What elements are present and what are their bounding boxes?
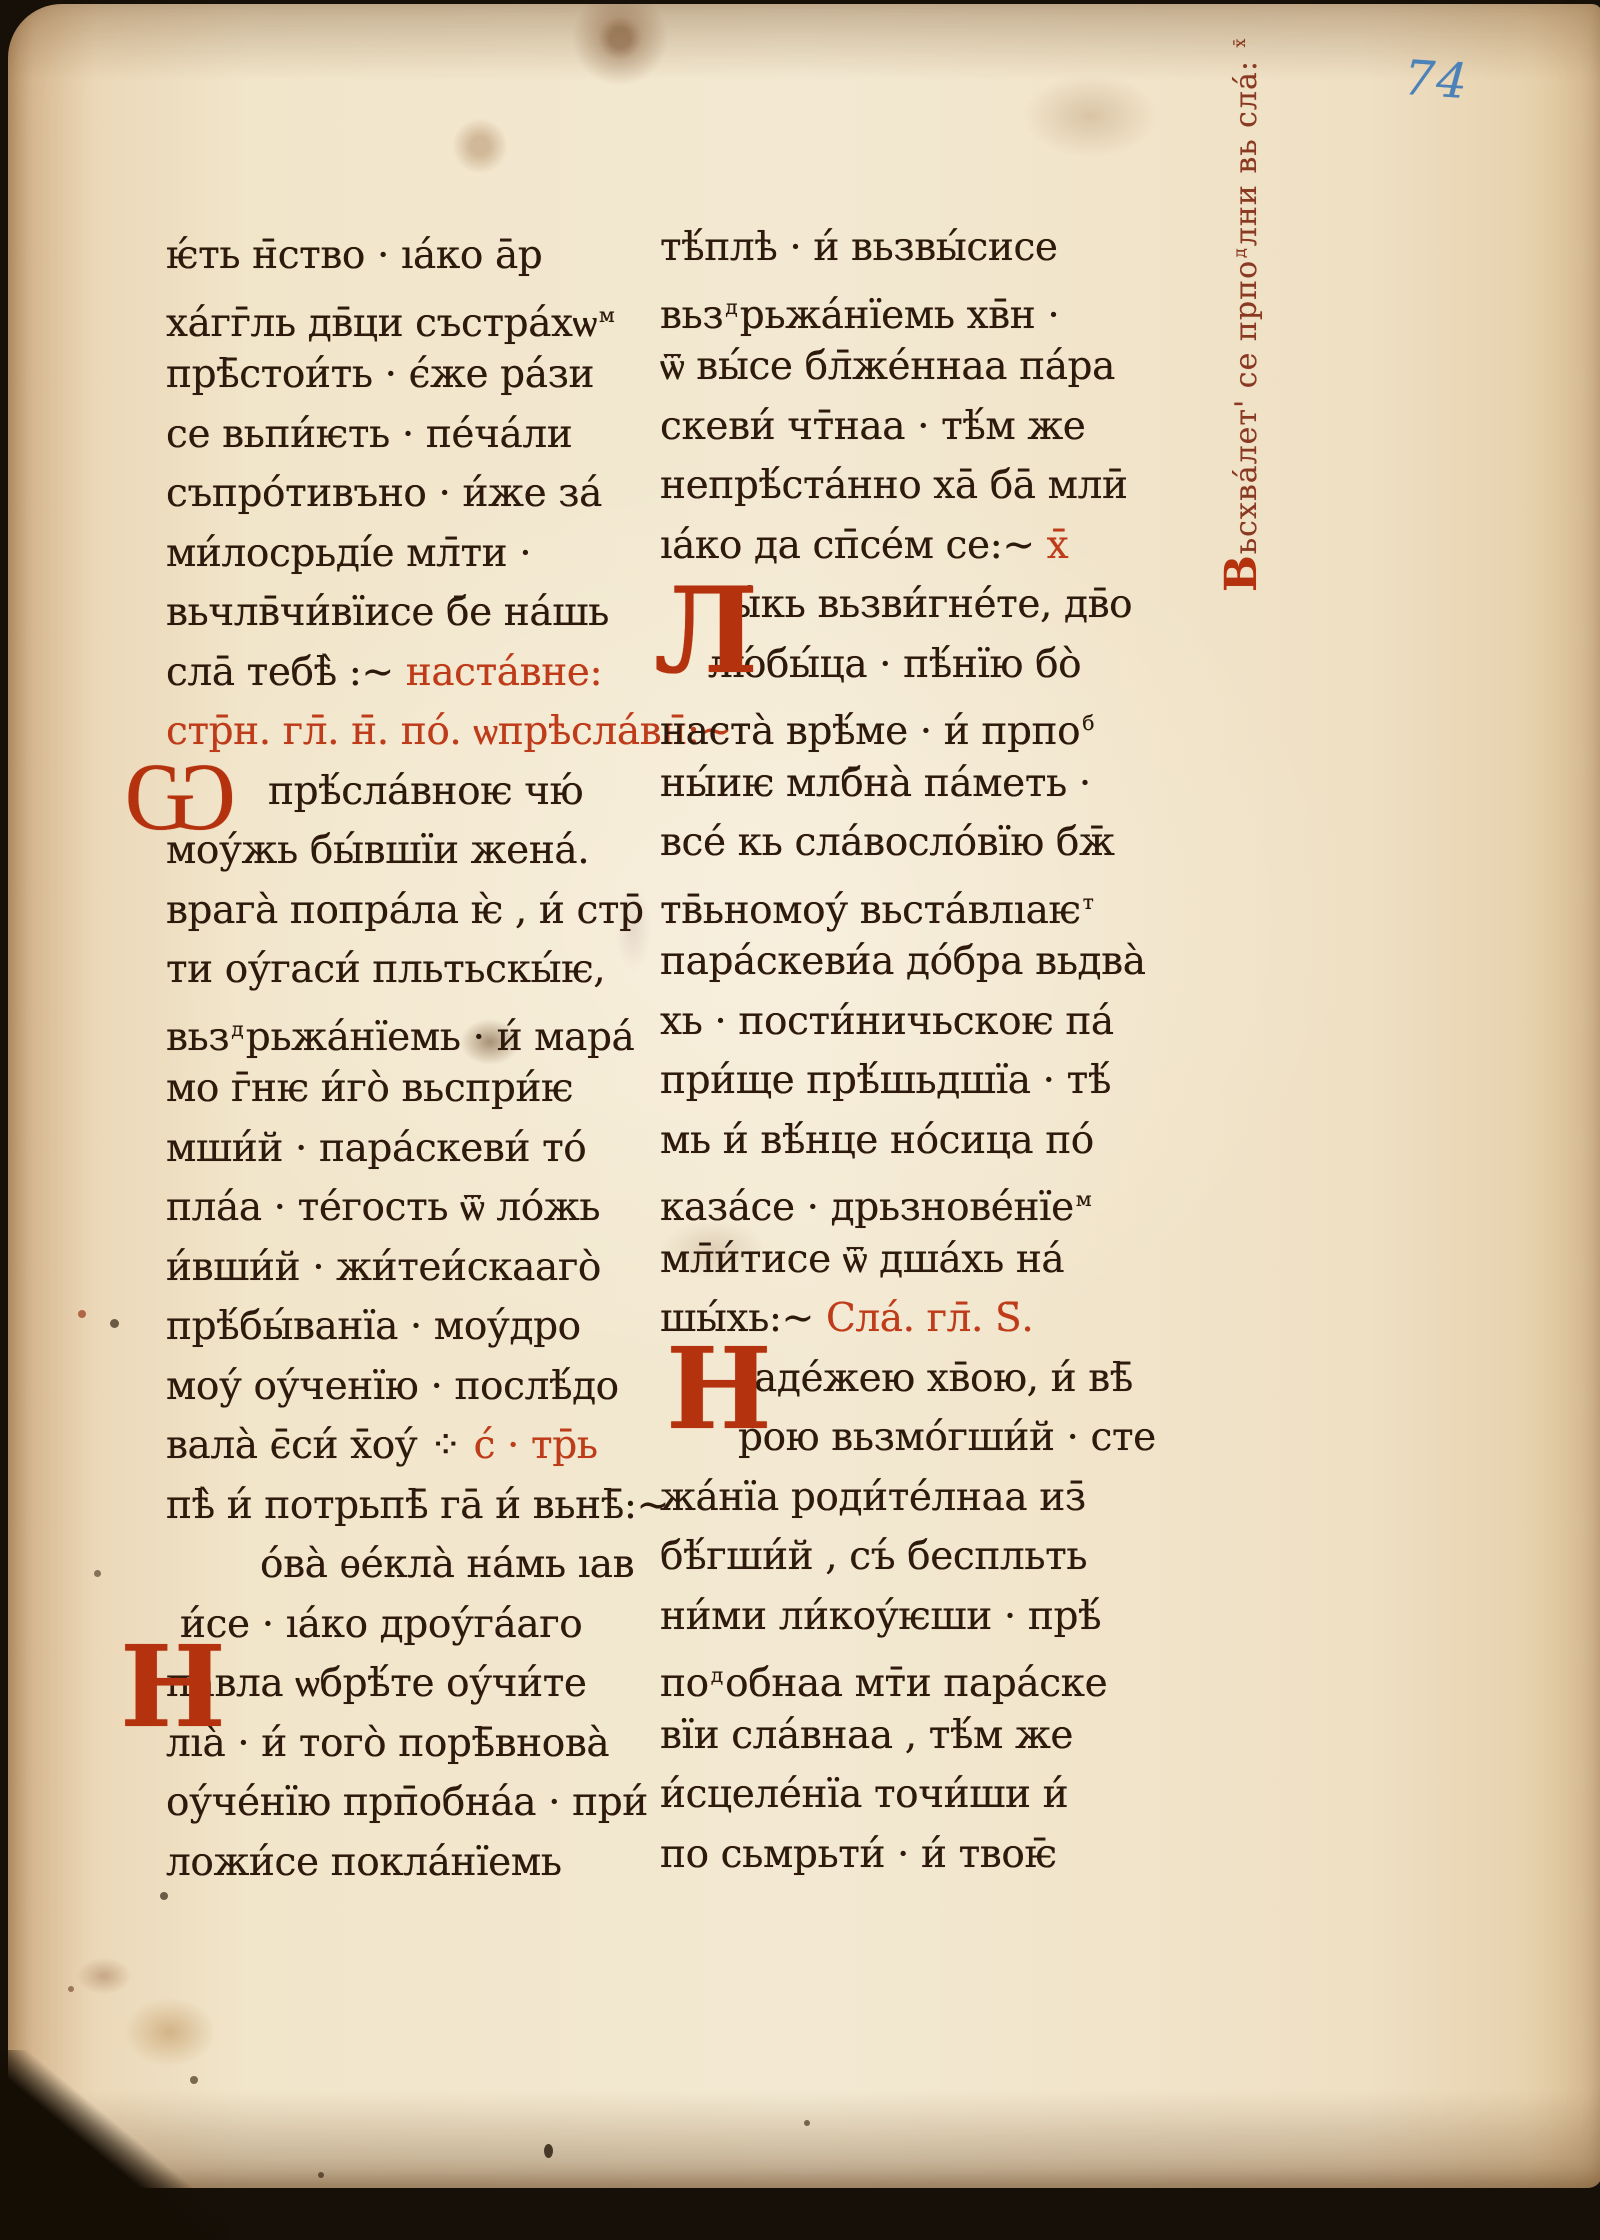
- manuscript-line: ми́лосрьді́е мл̄ти ·: [166, 524, 644, 584]
- manuscript-line: пла́а · те́гость ѿ ло́жь: [166, 1178, 644, 1238]
- manuscript-text: каза́се · дрьзнове́нїе: [660, 1185, 1074, 1230]
- manuscript-line: ложи́се покла́нїемь: [166, 1833, 644, 1893]
- manuscript-text: лни вь сла́:: [1229, 50, 1264, 247]
- rubric-text: с́ ·: [474, 1423, 531, 1468]
- manuscript-line: мл̄и́тисе ѿ дша́хь на́: [660, 1230, 1130, 1290]
- manuscript-text: т: [1083, 890, 1094, 914]
- manuscript-text: вьчлв̄чи́вїисе б̄е на́шь: [166, 590, 609, 635]
- manuscript-text: скеви́ чт̄наа · тѣ́м же: [660, 404, 1085, 449]
- rubric-text: х̄: [1047, 523, 1069, 568]
- manuscript-line: вьчлв̄чи́вїисе б̄е на́шь: [166, 583, 644, 643]
- manuscript-text: ны́иѥ млб̄на̀ па́меть ·: [660, 761, 1091, 806]
- manuscript-line: па́вла ѡбрѣ́те оу́чи́те: [166, 1654, 644, 1714]
- manuscript-text: ти оу́гаси́ пльтьскы́ѥ,: [166, 947, 605, 992]
- manuscript-text: при́ще прѣ́шьдшїа · тѣ́: [660, 1058, 1111, 1103]
- manuscript-text: д: [1231, 248, 1249, 258]
- manuscript-text: ѥ́ть н̄ство · ıа́ко а̄р: [166, 233, 542, 278]
- initial-el-illuminated-initial: Л: [654, 572, 758, 690]
- manuscript-text: тѣ́плѣ · и́ вьзвы́сисе: [660, 225, 1058, 270]
- manuscript-text: па́вла ѡбрѣ́те оу́чи́те: [166, 1661, 587, 1706]
- manuscript-text: прѣ̄стои́ть · є́же ра́зи: [166, 352, 594, 397]
- wormhole: [804, 2120, 810, 2126]
- manuscript-line: пѣ̀ и́ потрьпѣ̄ га̄ и́ вьнѣ̄:~: [166, 1476, 644, 1536]
- manuscript-text: по сьмрьти́ · и́ твоѥ̄: [660, 1832, 1057, 1877]
- manuscript-text: все́ кь сла́восло́вїю бж̄: [660, 820, 1114, 865]
- manuscript-line: по сьмрьти́ · и́ твоѥ̄: [660, 1825, 1130, 1885]
- manuscript-line: оу́че́нїю прп̄обна́а · при́: [166, 1773, 644, 1833]
- marginal-note: Вьсхва́лет' се прподлни вь сла́: х̄: [1216, 32, 1267, 592]
- manuscript-line: ни́ми ли́коу́ѥши · прѣ́: [660, 1587, 1130, 1647]
- wormhole: [160, 1892, 168, 1900]
- manuscript-text: б: [1082, 711, 1094, 735]
- manuscript-line: прѣ́сла́вноѥ чю́: [166, 762, 644, 822]
- manuscript-line: сла̄ тебѣ̀ :~ наста́вне:: [166, 643, 644, 703]
- manuscript-text: х̄: [1231, 39, 1249, 48]
- manuscript-text: моу́ оу́ченїю · послѣ́до: [166, 1364, 619, 1409]
- manuscript-line: подобнаа мт̄и пара́ске: [660, 1646, 1130, 1706]
- manuscript-line: мо г̄нѥ и́го̀ вьспри́ѥ: [166, 1059, 644, 1119]
- manuscript-text: рьжа́нїемь · и́ мара́: [246, 1014, 635, 1059]
- rubric-text: стр̄н. гл̄. н̄. по́. ѡпрѣсла́вн̄:~: [166, 709, 732, 754]
- manuscript-text: оу́че́нїю прп̄обна́а · при́: [166, 1780, 648, 1825]
- manuscript-line: вьздрьжа́нїемь хв̄н ·: [660, 278, 1130, 338]
- manuscript-text: ха́гг̄ль дв̄ци състра́хѡ: [166, 300, 597, 345]
- manuscript-text: д: [711, 1663, 723, 1687]
- manuscript-line: ѥ́ть н̄ство · ıа́ко а̄р: [166, 226, 644, 286]
- manuscript-line: съпро́тивъно · и́же за́: [166, 464, 644, 524]
- wormhole: [68, 1986, 74, 1992]
- manuscript-text: прѣ́бы́ванїа · моу́дро: [166, 1304, 581, 1349]
- manuscript-text: вьз: [660, 292, 723, 337]
- manuscript-line: жа́нїа роди́те́лнаа из̄: [660, 1468, 1130, 1528]
- manuscript-line: стр̄н. гл̄. н̄. по́. ѡпрѣсла́вн̄:~: [166, 702, 644, 762]
- manuscript-line: вьздрьжа́нїемь · и́ мара́: [166, 1000, 644, 1060]
- manuscript-line: мши́й · пара́скеви́ то́: [166, 1119, 644, 1179]
- manuscript-text: прѣ́сла́вноѥ чю́: [268, 769, 583, 814]
- manuscript-line: прѣ́бы́ванїа · моу́дро: [166, 1297, 644, 1357]
- manuscript-text: о́ва̀ ѳе́кла̀ на́мь ıав: [260, 1542, 634, 1587]
- rubric-text: Сла́. гл̄. Ѕ̄.: [826, 1296, 1033, 1341]
- manuscript-text: В: [1216, 554, 1267, 592]
- manuscript-text: съпро́тивъно · и́же за́: [166, 471, 602, 516]
- manuscript-line: тв̄ьномоу́ вьста́влıаѥт: [660, 873, 1130, 933]
- manuscript-line: хь · пости́ничьскоѥ па́: [660, 992, 1130, 1052]
- manuscript-line: каза́се · дрьзнове́нїем: [660, 1170, 1130, 1230]
- manuscript-line: мь и́ вѣ́нце но́сица по́: [660, 1111, 1130, 1171]
- manuscript-text: м: [1076, 1187, 1092, 1211]
- rubric-text: тр̄ь: [531, 1423, 598, 1468]
- manuscript-text: наста̀ врѣ́ме · и́ прпо: [660, 709, 1080, 754]
- manuscript-line: прѣ̄стои́ть · є́же ра́зи: [166, 345, 644, 405]
- manuscript-line: тѣ́плѣ · и́ вьзвы́сисе: [660, 218, 1130, 278]
- manuscript-text: ложи́се покла́нїемь: [166, 1840, 562, 1885]
- manuscript-line: вїи сла́внаа , тѣ́м же: [660, 1706, 1130, 1766]
- manuscript-line: при́ще прѣ́шьдшїа · тѣ́: [660, 1051, 1130, 1111]
- manuscript-text: сла̄ тебѣ̀ :~: [166, 650, 406, 695]
- manuscript-text: ьсхва́лет' се прпо: [1229, 260, 1264, 554]
- wormhole: [78, 1310, 86, 1318]
- manuscript-text: тв̄ьномоу́ вьста́влıаѥ: [660, 887, 1081, 932]
- manuscript-text: пла́а · те́гость ѿ ло́жь: [166, 1185, 600, 1230]
- manuscript-text: ми́лосрьді́е мл̄ти ·: [166, 531, 531, 576]
- manuscript-line: пара́скеви́а до́бра вьдва̀: [660, 932, 1130, 992]
- manuscript-text: пара́скеви́а до́бра вьдва̀: [660, 939, 1146, 984]
- manuscript-text: лıа̀ · и́ того̀ порѣ̄внова̀: [166, 1721, 609, 1766]
- manuscript-text: ѿ вы́се бл̄же́ннаа па́ра: [660, 344, 1115, 389]
- manuscript-text: мл̄и́тисе ѿ дша́хь на́: [660, 1237, 1064, 1282]
- manuscript-text: м: [599, 303, 615, 327]
- manuscript-line: и́вши́й · жи́теи́скааго̀: [166, 1238, 644, 1298]
- manuscript-text: и́сцеле́нїа точи́ши и́: [660, 1772, 1068, 1817]
- manuscript-line: ѿ вы́се бл̄же́ннаа па́ра: [660, 337, 1130, 397]
- manuscript-text: мь и́ вѣ́нце но́сица по́: [660, 1118, 1094, 1163]
- manuscript-text: мо г̄нѥ и́го̀ вьспри́ѥ: [166, 1066, 573, 1111]
- manuscript-text: и́вши́й · жи́теи́скааго̀: [166, 1245, 601, 1290]
- book-edge-shadow: [0, 2050, 230, 2240]
- manuscript-text: ы́кь вьзви́гне́те, дв̄о: [730, 582, 1132, 627]
- manuscript-line: бѣ́гши́й , съ́ беспльть: [660, 1527, 1130, 1587]
- wormhole: [544, 2144, 553, 2158]
- manuscript-text: се вьпи́ѥть · пе́ча́ли: [166, 412, 572, 457]
- manuscript-text: обнаа мт̄и пара́ске: [725, 1661, 1107, 1706]
- manuscript-line: се вьпи́ѥть · пе́ча́ли: [166, 405, 644, 465]
- manuscript-text: аде́жею хв̄ою, и́ вѣ̄: [754, 1356, 1133, 1401]
- manuscript-text: и́се · ıа́ко дроу́га́аго: [180, 1602, 582, 1647]
- manuscript-text: вала̀ є̄си́ х̄оу́ ⁘: [166, 1423, 474, 1468]
- manuscript-text: ни́ми ли́коу́ѥши · прѣ́: [660, 1594, 1101, 1639]
- wormhole: [110, 1319, 119, 1328]
- manuscript-text: хь · пости́ничьскоѥ па́: [660, 999, 1114, 1044]
- manuscript-text: непрѣ́ста́нно ха̄ ба̄ млӣ: [660, 463, 1128, 508]
- manuscript-line: о́ва̀ ѳе́кла̀ на́мь ıав: [166, 1535, 644, 1595]
- parchment-page: ѥ́ть н̄ство · ıа́ко а̄рха́гг̄ль дв̄ци съ…: [8, 4, 1600, 2188]
- manuscript-line: непрѣ́ста́нно ха̄ ба̄ млӣ: [660, 456, 1130, 516]
- manuscript-line: лıа̀ · и́ того̀ порѣ̄внова̀: [166, 1714, 644, 1774]
- manuscript-line: и́сцеле́нїа точи́ши и́: [660, 1765, 1130, 1825]
- wormhole: [318, 2172, 324, 2178]
- manuscript-line: наста̀ врѣ́ме · и́ прпоб: [660, 694, 1130, 754]
- manuscript-line: ти оу́гаси́ пльтьскы́ѥ,: [166, 940, 644, 1000]
- manuscript-text: вьз: [166, 1014, 229, 1059]
- rubric-text: наста́вне:: [406, 650, 603, 695]
- folio-number: 74: [1402, 50, 1471, 110]
- manuscript-text: рьжа́нїемь хв̄н ·: [740, 292, 1060, 337]
- manuscript-line: ны́иѥ млб̄на̀ па́меть ·: [660, 754, 1130, 814]
- manuscript-text: рою вьзмо́гши́й · сте: [738, 1415, 1156, 1460]
- manuscript-text: жа́нїа роди́те́лнаа из̄: [660, 1475, 1086, 1520]
- left-text-column: ѥ́ть н̄ство · ıа́ко а̄рха́гг̄ль дв̄ци съ…: [166, 226, 644, 1892]
- manuscript-text: лю́бы́ца · пѣ́нїю бо̀: [708, 642, 1081, 687]
- manuscript-line: все́ кь сла́восло́вїю бж̄: [660, 813, 1130, 873]
- manuscript-line: вала̀ є̄си́ х̄оу́ ⁘ с́ · тр̄ь: [166, 1416, 644, 1476]
- manuscript-line: моу́ оу́ченїю · послѣ́до: [166, 1357, 644, 1417]
- manuscript-line: моу́жь бы́вшїи жена́.: [166, 821, 644, 881]
- manuscript-line: врага̀ попра́ла ѥ̀ , и́ стр̄: [166, 881, 644, 941]
- manuscript-text: д: [231, 1017, 243, 1041]
- initial-en-left-illuminated-initial: Н: [120, 1632, 226, 1744]
- manuscript-photo: ѥ́ть н̄ство · ıа́ко а̄рха́гг̄ль дв̄ци съ…: [0, 0, 1600, 2240]
- manuscript-text: бѣ́гши́й , съ́ беспльть: [660, 1534, 1087, 1579]
- manuscript-text: мши́й · пара́скеви́ то́: [166, 1126, 586, 1171]
- right-text-column: тѣ́плѣ · и́ вьзвы́сисевьздрьжа́нїемь хв̄…: [660, 218, 1130, 1884]
- initial-omega-illuminated-initial: Ѡ: [124, 748, 237, 844]
- wormhole: [94, 1570, 101, 1577]
- manuscript-line: ха́гг̄ль дв̄ци състра́хѡм: [166, 286, 644, 346]
- manuscript-text: вїи сла́внаа , тѣ́м же: [660, 1713, 1073, 1758]
- manuscript-line: и́се · ıа́ко дроу́га́аго: [166, 1595, 644, 1655]
- manuscript-line: скеви́ чт̄наа · тѣ́м же: [660, 397, 1130, 457]
- manuscript-text: д: [725, 295, 737, 319]
- initial-en-right-illuminated-initial: Н: [666, 1334, 772, 1446]
- manuscript-text: по: [660, 1661, 709, 1706]
- manuscript-text: врага̀ попра́ла ѥ̀ , и́ стр̄: [166, 888, 644, 933]
- manuscript-text: пѣ̀ и́ потрьпѣ̄ га̄ и́ вьнѣ̄:~: [166, 1483, 669, 1528]
